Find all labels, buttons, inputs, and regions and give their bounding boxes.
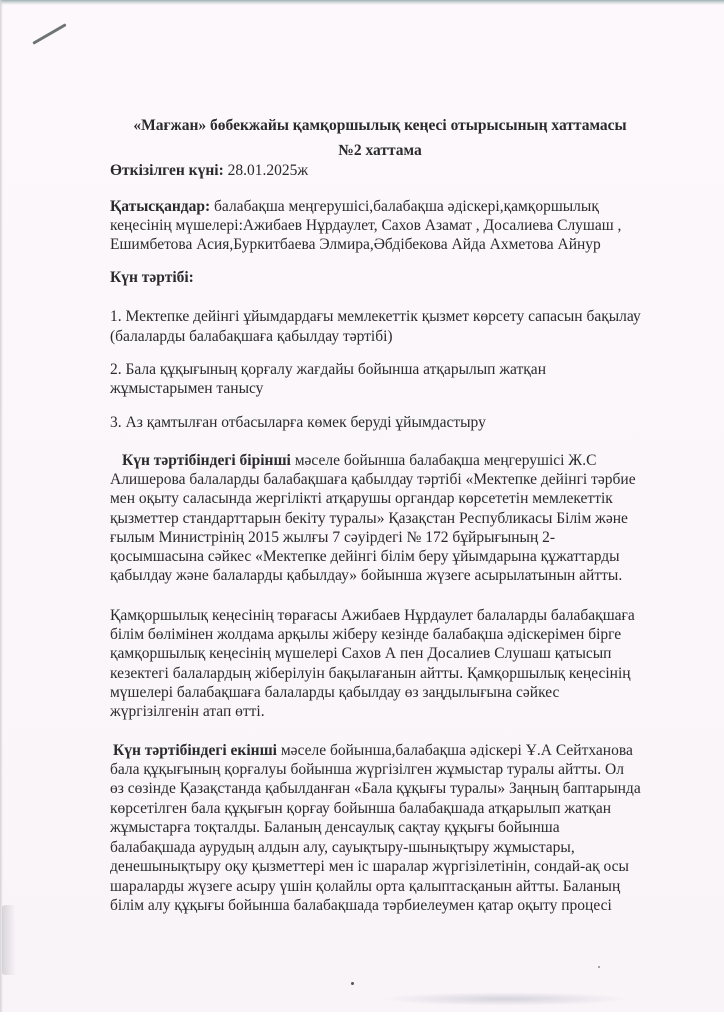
section1-cont-line-5: мүшелері балабақшаға балаларды қабылдау …: [110, 683, 559, 703]
section2-line-9: білім алу құқығы бойынша балабақшада тәр…: [110, 896, 612, 916]
section1-cont-line-2: білім бөлімінен жолдама арқылы жіберу ке…: [110, 625, 621, 645]
agenda-item-2-line-1: 2. Бала құқығының қорғалу жағдайы бойынш…: [110, 360, 546, 380]
section1-lead: Күн тәртібіндегі бірінші: [122, 452, 291, 469]
scan-speck: [351, 982, 354, 985]
scan-smudge: [2, 905, 16, 975]
section1-cont-line-6: жүргізілгенін атап өтті.: [110, 702, 265, 722]
date-value: 28.01.2025ж: [224, 162, 308, 179]
participants-line-3: Ешимбетова Асия,Буркитбаева Элмира,Әбдіб…: [110, 235, 601, 255]
section2-line-7: денешынықтыру оқу қызметтері мен іс шара…: [110, 857, 629, 877]
section2-line-5: жұмыстарға тоқталды. Баланың денсаулық с…: [110, 818, 560, 838]
date-label: Өткізілген күні:: [110, 162, 224, 179]
section1-line-1: Күн тәртібіндегі бірінші мәселе бойынша …: [122, 451, 596, 471]
scanned-page: «Мағжан» бөбекжайы қамқоршылық кеңесі от…: [0, 0, 724, 1024]
scan-bottom-edge: [0, 1012, 724, 1024]
scan-left-edge: [0, 0, 3, 1024]
agenda-item-1-line-2: (балаларды балабақшаға қабылдау тәртібі): [110, 327, 393, 347]
section2-line-4: көрсетілген бала құқығын қорғау бойынша …: [110, 799, 611, 819]
section1-cont-line-4: кезектегі балалардың жіберілуін бақылаға…: [110, 664, 631, 684]
meeting-date: Өткізілген күні: 28.01.2025ж: [110, 161, 308, 181]
section1-line-3: мен оқыту саласында жергілікті атқарушы …: [110, 489, 613, 509]
section1-line-2: Алишерова балаларды балабақшаға қабылдау…: [110, 470, 636, 490]
section1-line-4: қызметтер стандарттарын бекіту туралы» Қ…: [110, 509, 628, 529]
scan-speck: [598, 966, 600, 968]
agenda-heading: Күн тәртібі:: [110, 268, 194, 288]
section1-line-6: қосымшасына сәйкес «Мектепке дейінгі біл…: [110, 547, 620, 567]
section2-lead-rest: мәселе бойынша,балабақша әдіскері Ұ.А Се…: [277, 742, 633, 759]
section2-line-2: бала құқығының қорғалуы бойынша жүргізіл…: [110, 760, 624, 780]
section1-lead-rest: мәселе бойынша балабақша меңгерушісі Ж.С: [291, 452, 597, 469]
participants-line-1: Қатысқандар: балабақша меңгерушісі,балаб…: [110, 197, 599, 217]
participants-text: балабақша меңгерушісі,балабақша әдіскері…: [210, 198, 599, 215]
agenda-item-2-line-2: жұмыстарымен танысу: [110, 379, 263, 399]
section2-line-6: балабақшада аурудың алдын алу, сауықтыру…: [110, 838, 575, 858]
section2-line-3: өз сөзінде Қазақстанда қабылданған «Бала…: [110, 779, 641, 799]
participants-label: Қатысқандар:: [110, 198, 210, 215]
section1-line-5: ғылым Министрінің 2015 жылғы 7 сәуірдегі…: [110, 528, 555, 548]
participants-line-2: кеңесінің мүшелері:Ажибаев Нұрдаулет, Са…: [110, 216, 621, 236]
section1-cont-line-1: Қамқоршылық кеңесінің төрағасы Ажибаев Н…: [110, 606, 635, 626]
section1-line-7: қабылдау және балаларды қабылдау» бойынш…: [110, 566, 622, 586]
section2-lead: Күн тәртібіндегі екінші: [113, 742, 277, 759]
section2-line-1: Күн тәртібіндегі екінші мәселе бойынша,б…: [113, 741, 633, 761]
section1-cont-line-3: қамқоршылық кеңесінің мүшелері Сахов А п…: [110, 644, 611, 664]
section2-line-8: шараларды жүзеге асыру үшін қолайлы орта…: [110, 877, 620, 897]
scan-smudge: [380, 992, 630, 1006]
agenda-item-1-line-1: 1. Мектепке дейінгі ұйымдардағы мемлекет…: [110, 307, 641, 327]
protocol-number: №2 хаттама: [100, 142, 660, 160]
document-title: «Мағжан» бөбекжайы қамқоршылық кеңесі от…: [100, 117, 660, 135]
pen-mark-icon: [32, 23, 66, 45]
agenda-item-3: 3. Аз қамтылған отбасыларға көмек беруді…: [110, 413, 486, 433]
scan-top-edge: [0, 0, 724, 5]
